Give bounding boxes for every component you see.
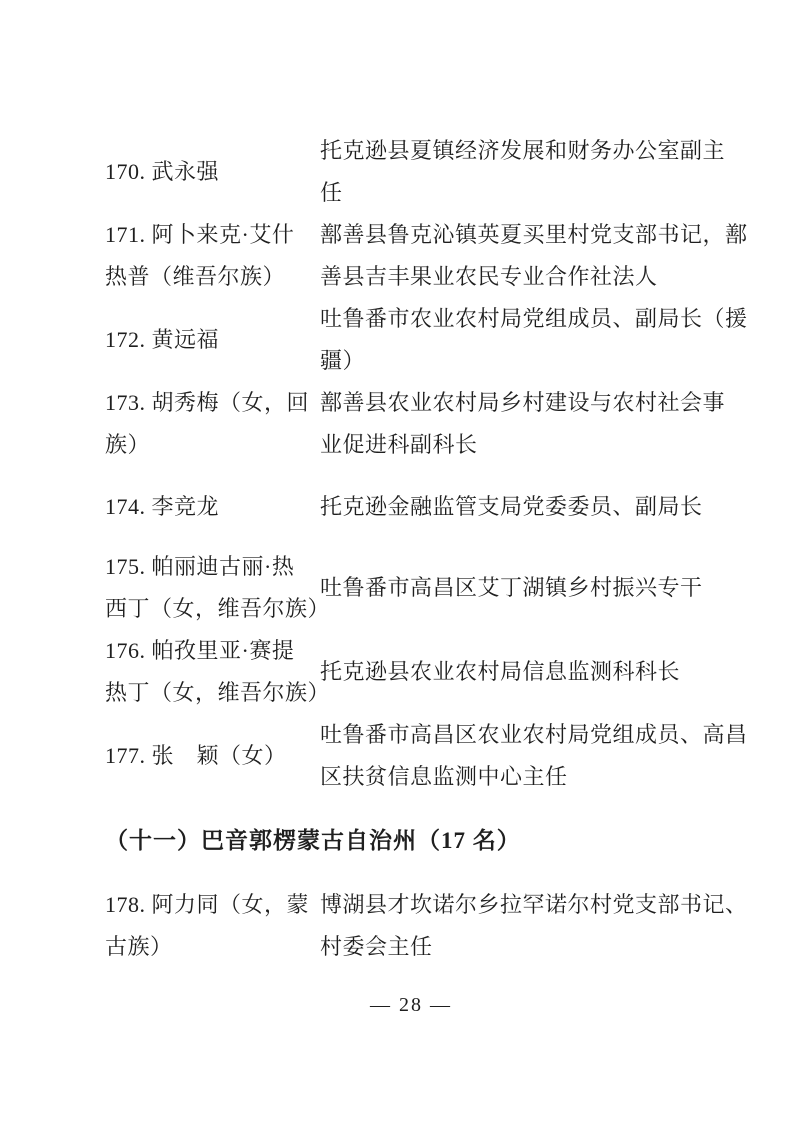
entry-name-cell: 175. 帕丽迪古丽·热 西丁（女，维吾尔族） [105,546,320,630]
entry-number: 177. [105,743,146,768]
page-number: — 28 — [370,994,452,1016]
roster-list: 170. 武永强 托克逊县夏镇经济发展和财务办公室副主 任 171. 阿卜来克·… [105,130,717,1026]
entry-name-cell: 178. 阿力同（女，蒙 古族） [105,884,320,968]
list-item: 174. 李竞龙 托克逊金融监管支局党委委员、副局长 [105,486,717,528]
list-item: 170. 武永强 托克逊县夏镇经济发展和财务办公室副主 任 [105,130,717,214]
entry-number: 170. [105,159,146,184]
entry-number: 175. [105,554,146,579]
entry-position: 托克逊金融监管支局党委委员、副局长 [320,486,717,528]
list-item: 172. 黄远福 吐鲁番市农业农村局党组成员、副局长（援 疆） [105,298,717,382]
entry-number: 178. [105,892,146,917]
entry-name-cell: 173. 胡秀梅（女，回 族） [105,382,320,466]
list-item: 175. 帕丽迪古丽·热 西丁（女，维吾尔族） 吐鲁番市高昌区艾丁湖镇乡村振兴专… [105,546,717,630]
document-page: 170. 武永强 托克逊县夏镇经济发展和财务办公室副主 任 171. 阿卜来克·… [0,0,793,1121]
entry-number: 172. [105,327,146,352]
entry-position: 吐鲁番市高昌区艾丁湖镇乡村振兴专干 [320,567,717,609]
entry-number: 173. [105,390,146,415]
entry-name-cell: 176. 帕孜里亚·赛提 热丁（女，维吾尔族） [105,630,320,714]
list-item: 176. 帕孜里亚·赛提 热丁（女，维吾尔族） 托克逊县农业农村局信息监测科科长 [105,630,717,714]
list-item: 173. 胡秀梅（女，回 族） 鄯善县农业农村局乡村建设与农村社会事 业促进科副… [105,382,717,466]
entry-number: 171. [105,222,146,247]
entry-position: 鄯善县鲁克沁镇英夏买里村党支部书记，鄯 善县吉丰果业农民专业合作社法人 [320,214,748,298]
entry-name: 张 颖（女） [152,743,287,768]
page-footer: — 28 — [105,984,717,1026]
entry-number: 174. [105,494,146,519]
entry-name-cell: 171. 阿卜来克·艾什 热普（维吾尔族） [105,214,320,298]
list-item: 177. 张 颖（女） 吐鲁番市高昌区农业农村局党组成员、高昌 区扶贫信息监测中… [105,714,717,798]
entry-name: 李竞龙 [152,494,220,519]
entry-position: 托克逊县农业农村局信息监测科科长 [320,651,717,693]
entry-name-cell: 174. 李竞龙 [105,486,320,528]
list-item: 178. 阿力同（女，蒙 古族） 博湖县才坎诺尔乡拉罕诺尔村党支部书记、 村委会… [105,884,717,968]
entry-position: 博湖县才坎诺尔乡拉罕诺尔村党支部书记、 村委会主任 [320,884,748,968]
entry-name-cell: 177. 张 颖（女） [105,735,320,777]
section-heading: （十一）巴音郭楞蒙古自治州（17 名） [105,820,717,862]
entry-name: 武永强 [152,159,220,184]
entry-name-cell: 172. 黄远福 [105,319,320,361]
list-item: 171. 阿卜来克·艾什 热普（维吾尔族） 鄯善县鲁克沁镇英夏买里村党支部书记，… [105,214,717,298]
entry-position: 吐鲁番市农业农村局党组成员、副局长（援 疆） [320,298,748,382]
entry-name: 黄远福 [152,327,220,352]
entry-position: 鄯善县农业农村局乡村建设与农村社会事 业促进科副科长 [320,382,725,466]
entry-position: 吐鲁番市高昌区农业农村局党组成员、高昌 区扶贫信息监测中心主任 [320,714,748,798]
entry-number: 176. [105,638,146,663]
entry-position: 托克逊县夏镇经济发展和财务办公室副主 任 [320,130,725,214]
entry-name-cell: 170. 武永强 [105,151,320,193]
